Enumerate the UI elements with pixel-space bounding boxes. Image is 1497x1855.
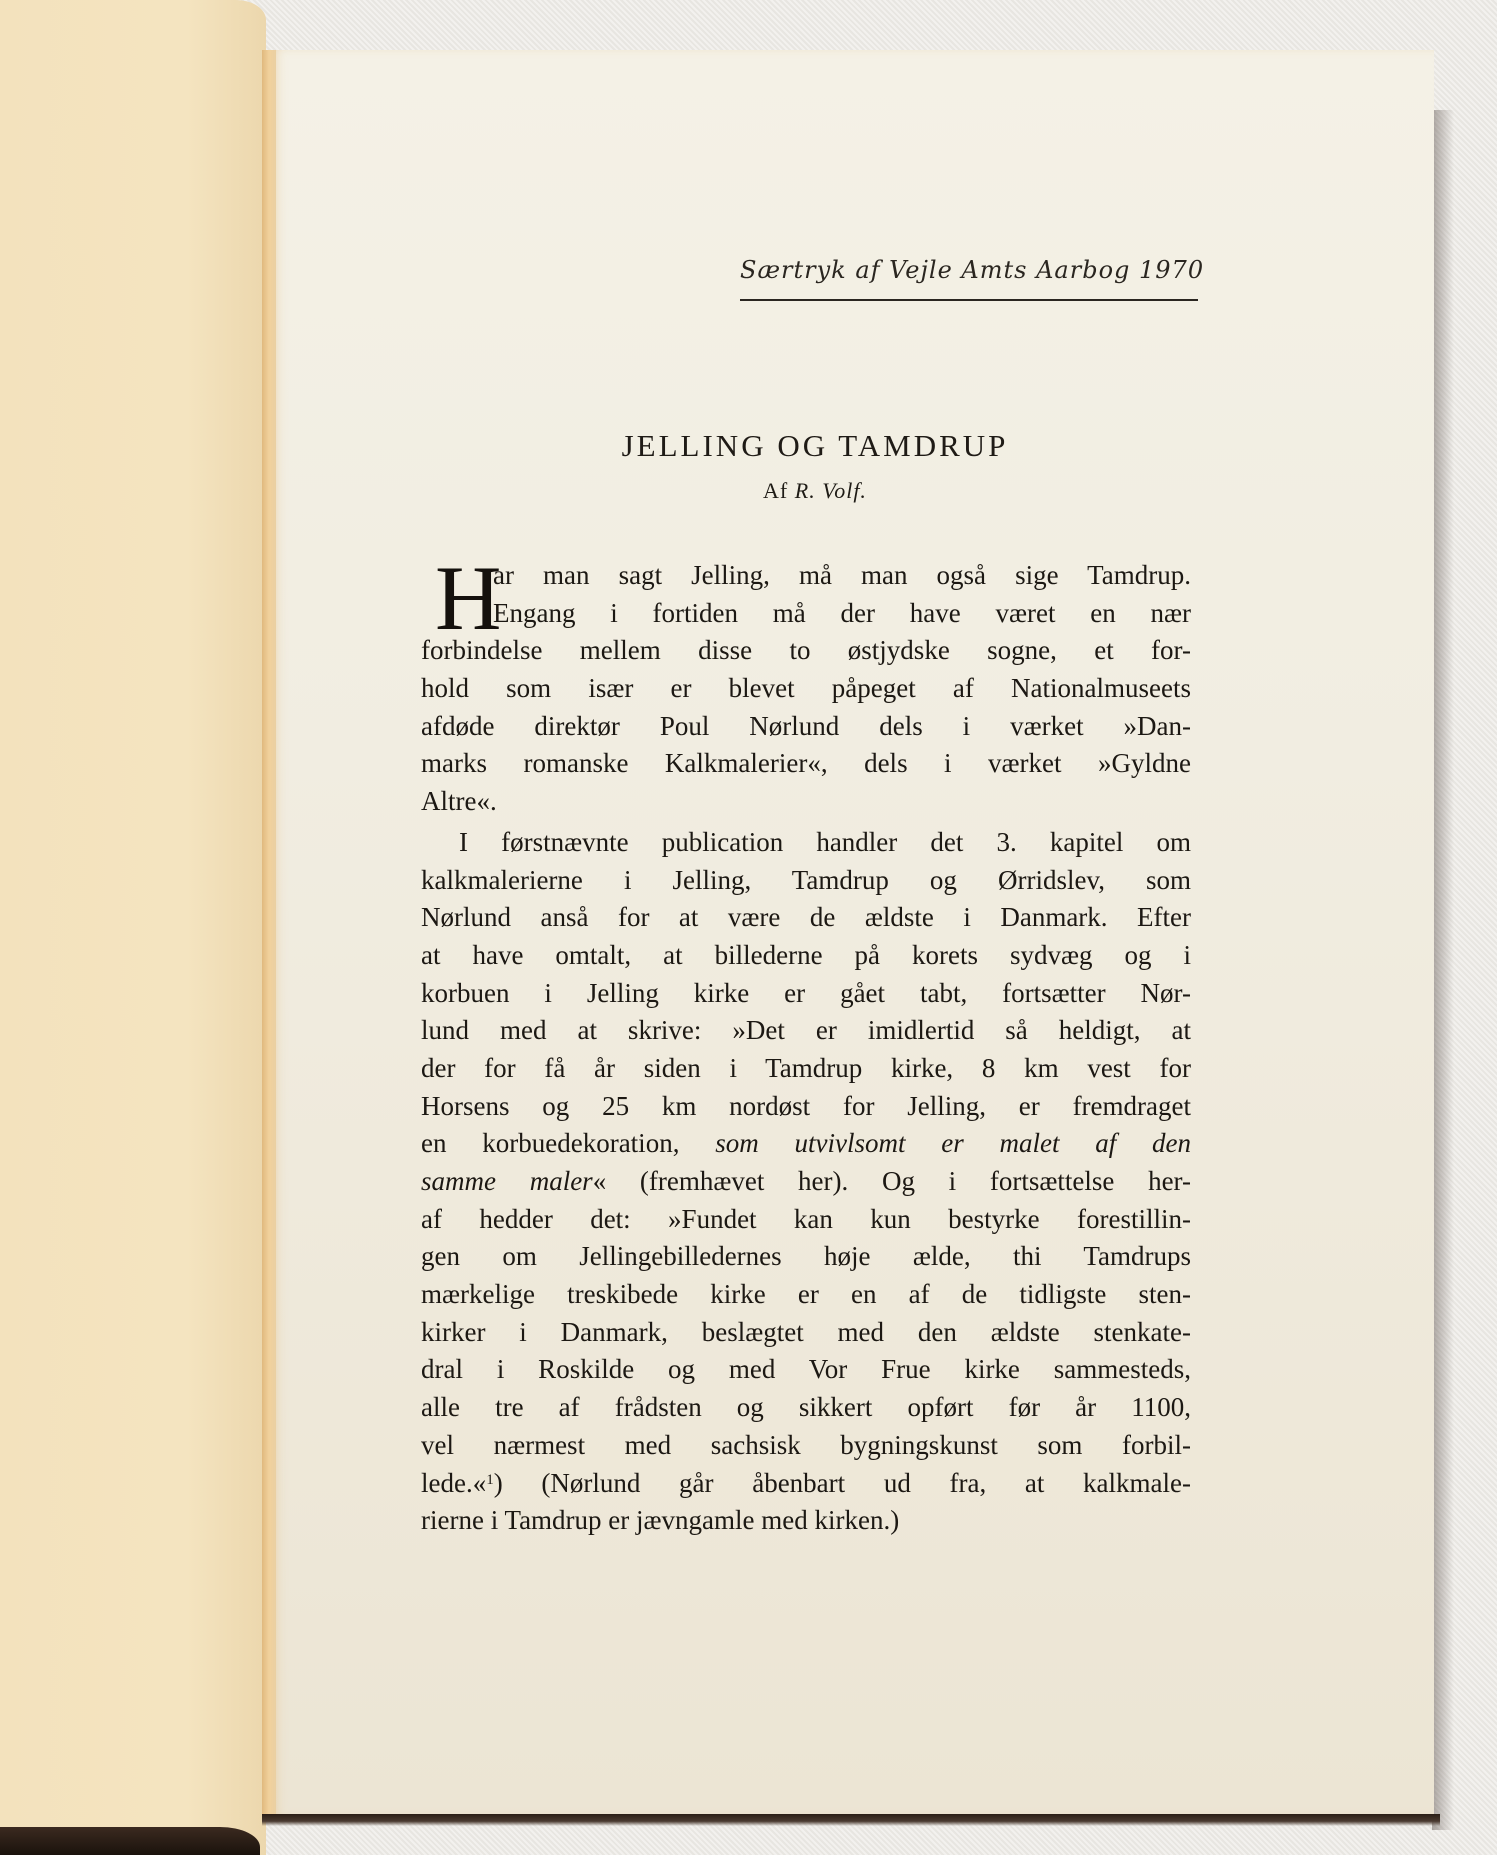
text-line: marks romanske Kalkmalerier«, dels i vær… [421, 745, 1191, 783]
byline-author: R. Volf. [795, 478, 867, 503]
page-edge-shadow [1432, 110, 1454, 1830]
footnote-marker: 1 [486, 1472, 494, 1488]
text-line: af hedder det: »Fundet kan kun bestyrke … [421, 1201, 1191, 1239]
text-line: lede.«1) (Nørlund går åbenbart ud fra, a… [421, 1465, 1191, 1503]
text-normal: lede.« [421, 1468, 486, 1498]
text-normal: ) (Nørlund går åbenbart ud fra, at kalkm… [494, 1468, 1191, 1498]
left-page-facing [0, 0, 266, 1855]
text-line: mærkelige treskibede kirke er en af de t… [421, 1276, 1191, 1314]
paragraph-1: ar man sagt Jelling, må man også sige Ta… [421, 557, 1191, 821]
running-head-rule [740, 299, 1198, 301]
text-line: forbindelse mellem disse to østjydske so… [421, 632, 1191, 670]
text-normal: « (fremhævet her). Og i fortsættelse her… [593, 1166, 1191, 1196]
text-line: rierne i Tamdrup er jævngamle med kirken… [421, 1502, 1191, 1540]
text-line: hold som især er blevet påpeget af Natio… [421, 670, 1191, 708]
article-body: ar man sagt Jelling, må man også sige Ta… [421, 557, 1191, 1540]
article-title: JELLING OG TAMDRUP [560, 428, 1070, 464]
running-head: Særtryk af Vejle Amts Aarbog 1970 [740, 256, 1198, 284]
text-line: kalkmalerierne i Jelling, Tamdrup og Ørr… [421, 862, 1191, 900]
text-normal: en korbuedekoration, [421, 1128, 679, 1158]
left-page-shadow [0, 1827, 260, 1855]
text-line: lund med at skrive: »Det er imidlertid s… [421, 1012, 1191, 1050]
text-line: alle tre af frådsten og sikkert opført f… [421, 1389, 1191, 1427]
text-line: vel nærmest med sachsisk bygningskunst s… [421, 1427, 1191, 1465]
text-line: at have omtalt, at billederne på korets … [421, 937, 1191, 975]
text-line: korbuen i Jelling kirke er gået tabt, fo… [421, 975, 1191, 1013]
text-line: I førstnævnte publication handler det 3.… [421, 824, 1191, 862]
page-bottom-shadow [262, 1814, 1440, 1826]
text-line: Horsens og 25 km nordøst for Jelling, er… [421, 1088, 1191, 1126]
text-emphasis: samme maler [421, 1166, 593, 1196]
text-emphasis: som utvivlsomt er malet af den [715, 1128, 1191, 1158]
text-line: der for få år siden i Tamdrup kirke, 8 k… [421, 1050, 1191, 1088]
text-line: dral i Roskilde og med Vor Frue kirke sa… [421, 1351, 1191, 1389]
paragraph-2: I førstnævnte publication handler det 3.… [421, 824, 1191, 1540]
text-line: Altre«. [421, 783, 1191, 821]
text-line: Engang i fortiden må der have været en n… [421, 595, 1191, 633]
text-line: ar man sagt Jelling, må man også sige Ta… [421, 557, 1191, 595]
text-line: en korbuedekoration, som utvivlsomt er m… [421, 1125, 1191, 1163]
text-line: afdøde direktør Poul Nørlund dels i værk… [421, 708, 1191, 746]
text-line: Nørlund anså for at være de ældste i Dan… [421, 899, 1191, 937]
byline: Af R. Volf. [560, 478, 1070, 504]
byline-prefix: Af [763, 478, 788, 503]
text-line: kirker i Danmark, beslægtet med den ælds… [421, 1314, 1191, 1352]
text-line: gen om Jellingebilledernes høje ælde, th… [421, 1238, 1191, 1276]
text-line: samme maler« (fremhævet her). Og i forts… [421, 1163, 1191, 1201]
book-gutter [262, 50, 276, 1820]
